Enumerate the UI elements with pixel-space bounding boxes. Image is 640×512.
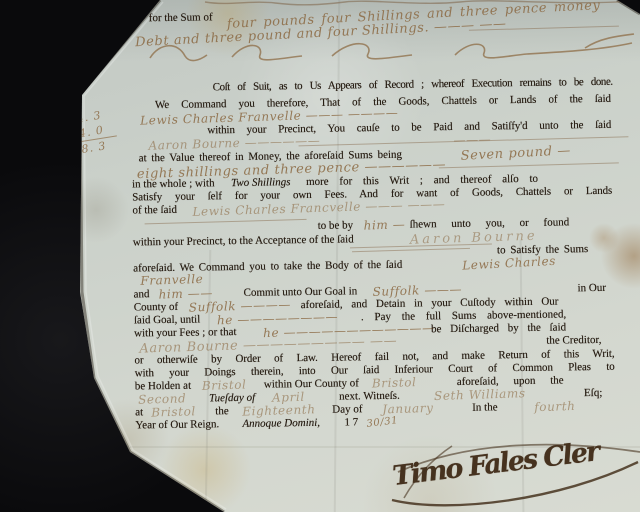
margin-sum-notation: 4. 4. 3 3. 4. 0 7 .8. 3 — [55, 106, 119, 161]
printed-text: of the ſaid — [132, 204, 177, 218]
printed-text: Coſt of Suit, as to Us Appears of Record… — [213, 76, 613, 95]
printed-text: County of — [134, 301, 178, 315]
photo-background: for the Sum offour pounds four Shillings… — [0, 0, 640, 512]
printed-text: the Creditor, — [546, 334, 601, 348]
handwritten-text: Bristol — [202, 378, 247, 392]
handwritten-text: Lewis Charles — [462, 255, 556, 273]
handwritten-text: fourth — [534, 400, 576, 414]
printed-text: for the Sum of — [149, 11, 213, 25]
paper: for the Sum offour pounds four Shillings… — [0, 0, 640, 512]
printed-text: 1 7 — [344, 416, 358, 429]
printed-text: and — [134, 288, 150, 301]
printed-text: in the whole ; with — [132, 177, 215, 191]
handwritten-text: Seven pound — — [460, 144, 571, 163]
handwritten-text: 30/31 — [366, 414, 399, 431]
handwritten-text: him — — [363, 218, 405, 232]
document-text: for the Sum offour pounds four Shillings… — [0, 0, 640, 512]
printed-text: at — [135, 406, 143, 419]
printed-text: Two Shillings — [231, 176, 291, 190]
printed-text: to be by — [318, 219, 354, 232]
ink-rule — [145, 219, 307, 225]
printed-text: Eſq; — [584, 387, 603, 400]
printed-text: In the — [472, 401, 498, 414]
printed-text: Tueſday of — [209, 392, 255, 406]
printed-text: within your Precinct, to the Acceptance … — [133, 233, 354, 249]
printed-text: the — [215, 405, 229, 418]
handwritten-text: Bristol — [151, 405, 196, 419]
printed-text: within Our County of — [264, 377, 359, 391]
printed-text: ſaid Goal, until — [134, 314, 200, 328]
ink-rule — [352, 248, 470, 252]
printed-text: Year of Our Reign. — [135, 418, 219, 432]
printed-text: Day of — [332, 403, 362, 416]
printed-text: in Our — [577, 282, 606, 295]
handwritten-text: Bristol — [372, 376, 417, 390]
printed-text: Annoque Domini, — [242, 417, 320, 431]
